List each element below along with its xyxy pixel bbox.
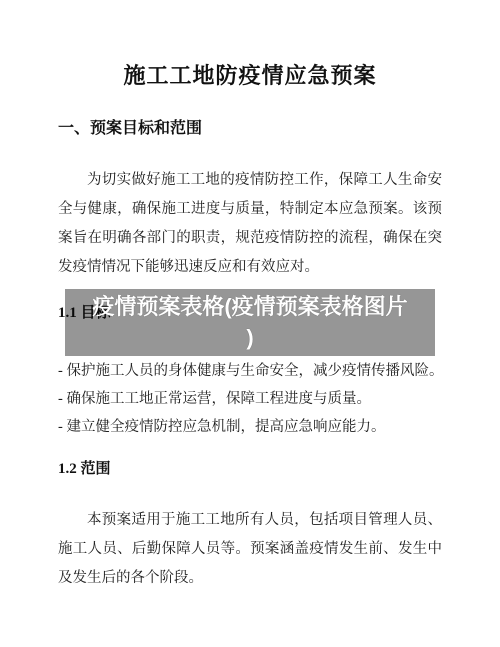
goal-list: - 保护施工人员的身体健康与生命安全，减少疫情传播风险。 - 确保施工工地正常运…	[58, 357, 442, 441]
list-item-text: 建立健全疫情防控应急机制，提高应急响应能力。	[66, 419, 385, 435]
list-item-text: 确保施工工地正常运营，保障工程进度与质量。	[66, 391, 371, 407]
section-heading: 一、预案目标和范围	[58, 119, 442, 139]
list-item: - 建立健全疫情防控应急机制，提高应急响应能力。	[58, 413, 442, 441]
caption-overlay-banner: 疫情预案表格(疫情预案表格图片 )	[65, 289, 435, 356]
overlay-caption-line2: )	[65, 322, 435, 353]
overlay-caption-line1: 疫情预案表格(疫情预案表格图片	[65, 291, 435, 322]
document-page: 施工工地防疫情应急预案 一、预案目标和范围 为切实做好施工工地的疫情防控工作，保…	[0, 0, 500, 647]
document-title: 施工工地防疫情应急预案	[58, 63, 442, 89]
list-item: - 保护施工人员的身体健康与生命安全，减少疫情传播风险。	[58, 357, 442, 385]
list-item-text: 保护施工人员的身体健康与生命安全，减少疫情传播风险。	[66, 363, 443, 379]
subsection-heading-scope: 1.2 范围	[58, 459, 442, 479]
list-item: - 确保施工工地正常运营，保障工程进度与质量。	[58, 385, 442, 413]
intro-paragraph: 为切实做好施工工地的疫情防控工作，保障工人生命安全与健康，确保施工进度与质量，特…	[58, 166, 442, 282]
scope-paragraph: 本预案适用于施工工地所有人员，包括项目管理人员、施工人员、后勤保障人员等。预案涵…	[58, 506, 442, 593]
